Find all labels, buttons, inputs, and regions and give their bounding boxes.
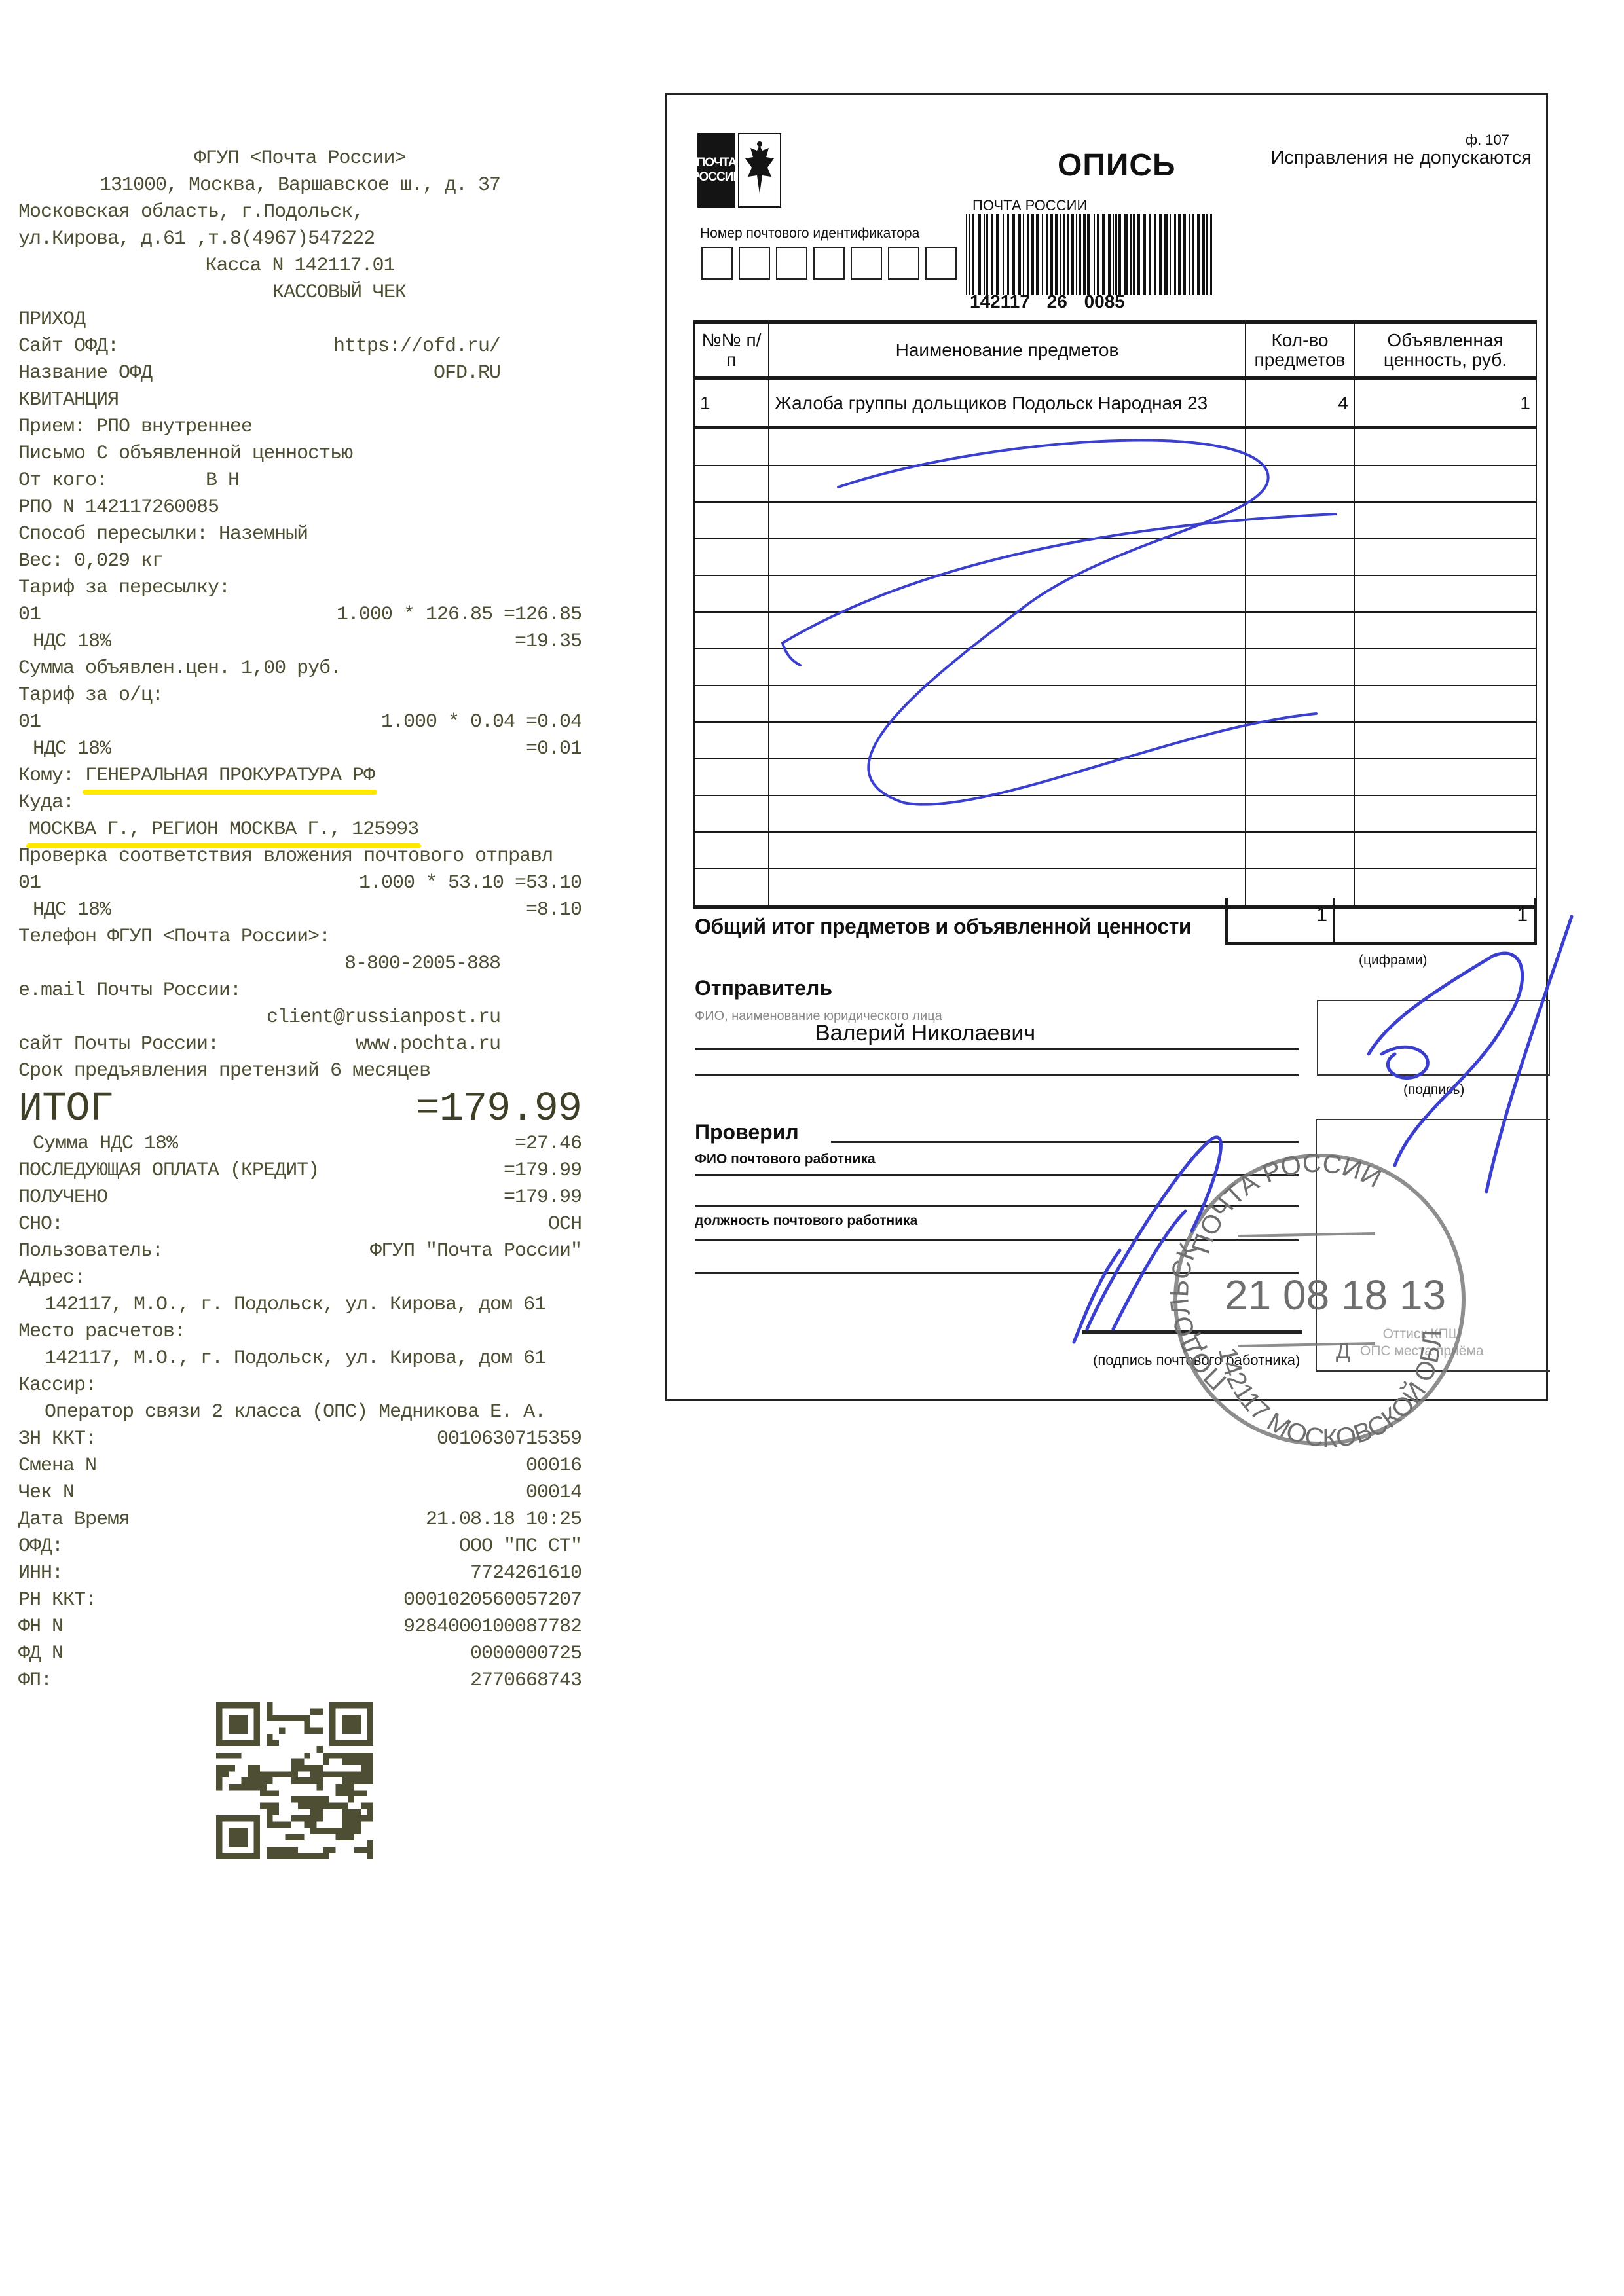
col-item-name: Наименование предметов [769, 322, 1246, 378]
phone-value: 8-800-2005-888 [18, 951, 581, 977]
fiscal-row: ФП:2770668743 [18, 1667, 581, 1694]
cash-receipt: ФГУП <Почта России> 131000, Москва, Варш… [18, 145, 581, 1694]
delivery-method: Способ пересылки: Наземный [18, 521, 581, 548]
from-label: От кого: [18, 467, 107, 494]
ofd-site-value: https://ofd.ru/ [333, 333, 581, 360]
place-value: 142117, М.О., г. Подольск, ул. Кирова, д… [18, 1345, 581, 1372]
fiscal-row: Дата Время21.08.18 10:25 [18, 1506, 581, 1533]
oc-vat-value: =0.01 [526, 736, 581, 763]
site-value: www.pochta.ru [356, 1031, 581, 1058]
oc-row: 011.000 * 0.04 =0.04 [18, 709, 581, 736]
fiscal-label: ФН N [18, 1614, 63, 1641]
checked-label: Проверил [695, 1120, 799, 1144]
tariff-vat-row: НДС 18%=19.35 [18, 629, 581, 655]
tariff-vat-value: =19.35 [515, 629, 581, 655]
table-row-empty [694, 722, 1536, 759]
fiscal-row: ОФД:ООО "ПС СТ" [18, 1533, 581, 1560]
fiscal-value: 00016 [526, 1453, 581, 1480]
worker-line-1 [695, 1174, 1299, 1176]
receipt-register: Касса N 142117.01 [18, 253, 581, 280]
logo-line-2: РОССИИ [692, 170, 741, 185]
fiscal-row: РН ККТ:0001020560057207 [18, 1587, 581, 1614]
sno-row: СНО:ОСН [18, 1211, 581, 1238]
fiscal-row: ИНН:7724261610 [18, 1560, 581, 1587]
id-digit-box [888, 247, 919, 280]
sender-line-1 [695, 1048, 1299, 1050]
oc-calc: 1.000 * 0.04 =0.04 [381, 709, 581, 736]
id-digit-box [851, 247, 882, 280]
address-value: 142117, М.О., г. Подольск, ул. Кирова, д… [18, 1292, 581, 1319]
oc-vat-label: НДС 18% [33, 736, 111, 763]
fiscal-label: ФД N [18, 1641, 63, 1667]
stamp-area-caption: Оттиск КПШОПС места приёма [1360, 1326, 1484, 1360]
total-label: Общий итог предметов и объявленной ценно… [695, 915, 1191, 939]
receipt-region: Московская область, г.Подольск, [18, 199, 581, 226]
table-row-empty [694, 575, 1536, 612]
worker-signature-caption: (подпись почтового работника) [1093, 1352, 1300, 1369]
worker-position-caption: должность почтового работника [695, 1213, 917, 1229]
fiscal-value: 2770668743 [470, 1667, 581, 1694]
fiscal-block: ЗН ККТ:0010630715359Смена N00016Чек N000… [18, 1426, 581, 1694]
worker-line-3 [695, 1239, 1299, 1241]
total-value: =179.99 [416, 1087, 581, 1131]
barcode-sticker: ПОЧТА РОССИИ 142117 26 0085 [961, 193, 1262, 315]
pochta-logo: ПОЧТА РОССИИ [697, 133, 783, 208]
logo-line-1: ПОЧТА [697, 156, 737, 170]
item-declared-value: 1 [1354, 378, 1536, 428]
ofd-name-label: Название ОФД [18, 360, 152, 387]
id-digit-box [813, 247, 845, 280]
postal-id-label: Номер почтового идентификатора [700, 226, 919, 242]
fiscal-label: Чек N [18, 1480, 74, 1506]
fiscal-value: 7724261610 [470, 1560, 581, 1587]
tariff-row: 011.000 * 126.85 =126.85 [18, 602, 581, 629]
user-value: ФГУП "Почта России" [370, 1238, 581, 1265]
signature-caption: (подпись) [1403, 1082, 1464, 1098]
col-quantity: Кол-во предметов [1246, 322, 1354, 378]
table-row-empty [694, 428, 1536, 466]
oc-code: 01 [18, 709, 41, 736]
total-label: ИТОГ [18, 1087, 113, 1131]
fiscal-row: ФД N0000000725 [18, 1641, 581, 1667]
fiscal-value: 9284000100087782 [403, 1614, 581, 1641]
sender-signature-box [1317, 1000, 1550, 1076]
total-declared-value: 1 [1335, 898, 1534, 942]
credit-label: ПОСЛЕДУЮЩАЯ ОПЛАТА (КРЕДИТ) [18, 1157, 319, 1184]
sender-line-2 [695, 1074, 1299, 1076]
rpo-number: РПО N 142117260085 [18, 494, 581, 521]
receipt-title: КАССОВЫЙ ЧЕК [18, 280, 581, 306]
check-calc: 1.000 * 53.10 =53.10 [359, 870, 581, 897]
credit-row: ПОСЛЕДУЮЩАЯ ОПЛАТА (КРЕДИТ)=179.99 [18, 1157, 581, 1184]
postal-id-boxes [701, 247, 963, 280]
received-row: ПОЛУЧЕНО=179.99 [18, 1184, 581, 1211]
total-quantity: 1 [1228, 898, 1335, 942]
fiscal-label: Дата Время [18, 1506, 130, 1533]
fiscal-value: 00014 [526, 1480, 581, 1506]
fiscal-value: 0010630715359 [437, 1426, 581, 1453]
sender-label: Отправитель [695, 976, 832, 1000]
table-row-empty [694, 832, 1536, 869]
table-row-empty [694, 759, 1536, 795]
ofd-name-row: Название ОФДOFD.RU [18, 360, 581, 387]
digits-caption: (цифрами) [1359, 953, 1428, 968]
receipt-org: ФГУП <Почта России> [18, 145, 581, 172]
ofd-site-row: Сайт ОФД:https://ofd.ru/ [18, 333, 581, 360]
vat-sum-label: Сумма НДС 18% [33, 1131, 177, 1157]
table-header: №№ п/п Наименование предметов Кол-во пре… [694, 322, 1536, 378]
fiscal-value: 0001020560057207 [403, 1587, 581, 1614]
user-row: Пользователь:ФГУП "Почта России" [18, 1238, 581, 1265]
address-label: Адрес: [18, 1265, 581, 1292]
table-row-empty [694, 649, 1536, 685]
receipt-address: 131000, Москва, Варшавское ш., д. 37 [18, 172, 581, 199]
cashier-value: Оператор связи 2 класса (ОПС) Медникова … [18, 1399, 581, 1426]
phone-number: 8-800-2005-888 [344, 951, 500, 977]
id-digit-box [739, 247, 770, 280]
table-row-empty [694, 539, 1536, 575]
ofd-name-value: OFD.RU [434, 360, 581, 387]
checked-line [831, 1141, 1299, 1143]
ofd-site-label: Сайт ОФД: [18, 333, 119, 360]
barcode-number: 142117 26 0085 [970, 291, 1125, 312]
table-row-empty [694, 795, 1536, 832]
email-label: e.mail Почты России: [18, 977, 581, 1004]
tariff-vat-label: НДС 18% [33, 629, 111, 655]
receipt-doc-type: КВИТАНЦИЯ [18, 387, 581, 414]
from-value: В Н [107, 467, 239, 494]
fiscal-row: ЗН ККТ:0010630715359 [18, 1426, 581, 1453]
barcode-icon [966, 214, 1215, 295]
to-row: Кому: ГЕНЕРАЛЬНАЯ ПРОКУРАТУРА РФ [18, 763, 581, 790]
place-label: Место расчетов: [18, 1319, 581, 1345]
receipt-item-type: Письмо С объявленной ценностью [18, 441, 581, 467]
id-digit-box [776, 247, 807, 280]
check-row: 011.000 * 53.10 =53.10 [18, 870, 581, 897]
no-corrections-note: Исправления не допускаются [1271, 147, 1532, 169]
col-number: №№ п/п [694, 322, 769, 378]
check-vat-value: =8.10 [526, 897, 581, 924]
oc-vat-row: НДС 18%=0.01 [18, 736, 581, 763]
receipt-operation: ПРИХОД [18, 306, 581, 333]
sticker-title: ПОЧТА РОССИИ [972, 197, 1087, 214]
declared-sum: Сумма объявлен.цен. 1,00 руб. [18, 655, 581, 682]
inventory-form-107: ПОЧТА РОССИИ ОПИСЬ ф. 107 Исправления не… [665, 93, 1548, 1401]
inventory-table: №№ п/п Наименование предметов Кол-во пре… [693, 320, 1537, 909]
to-label: Кому: [18, 763, 74, 790]
fiscal-row: Смена N00016 [18, 1453, 581, 1480]
oc-tariff-label: Тариф за о/ц: [18, 682, 581, 709]
eagle-emblem-icon [738, 133, 781, 208]
worker-signature-line [1082, 1330, 1302, 1334]
logo-wordmark: ПОЧТА РОССИИ [697, 133, 735, 208]
fiscal-label: ОФД: [18, 1533, 63, 1560]
worker-line-4 [695, 1272, 1299, 1274]
tariff-label: Тариф за пересылку: [18, 575, 581, 602]
worker-line-2 [695, 1205, 1299, 1207]
total-row: ИТОГ=179.99 [18, 1085, 581, 1131]
vat-sum-row: Сумма НДС 18%=27.46 [18, 1131, 581, 1157]
fiscal-value: ООО "ПС СТ" [459, 1533, 581, 1560]
id-digit-box [701, 247, 733, 280]
tariff-code: 01 [18, 602, 41, 629]
fiscal-label: ФП: [18, 1667, 52, 1694]
site-row: сайт Почты России:www.pochta.ru [18, 1031, 581, 1058]
total-box: 1 1 [1225, 898, 1537, 945]
from-row: От кого:В Н [18, 467, 581, 494]
phone-label: Телефон ФГУП <Почта России>: [18, 924, 581, 951]
qr-code [216, 1702, 373, 1859]
fiscal-label: ЗН ККТ: [18, 1426, 96, 1453]
check-vat-label: НДС 18% [33, 897, 111, 924]
col-declared-value: Объявленная ценность, руб. [1354, 322, 1536, 378]
fiscal-label: РН ККТ: [18, 1587, 96, 1614]
item-number: 1 [694, 378, 769, 428]
kpsh-caption-1: Оттиск КПШ [1360, 1326, 1484, 1343]
check-vat-row: НДС 18%=8.10 [18, 897, 581, 924]
table-row: 1Жалоба группы дольщиков Подольск Народн… [694, 378, 1536, 428]
received-label: ПОЛУЧЕНО [18, 1184, 107, 1211]
fiscal-value: 21.08.18 10:25 [426, 1506, 581, 1533]
weight: Вес: 0,029 кг [18, 548, 581, 575]
fiscal-row: Чек N00014 [18, 1480, 581, 1506]
table-row-empty [694, 612, 1536, 649]
kpsh-caption-2: ОПС места приёма [1360, 1343, 1484, 1360]
vat-sum-value: =27.46 [515, 1131, 581, 1157]
user-label: Пользователь: [18, 1238, 163, 1265]
item-name: Жалоба группы дольщиков Подольск Народна… [769, 378, 1246, 428]
email-address: client@russianpost.ru [267, 1004, 500, 1031]
receipt-street: ул.Кирова, д.61 ,т.8(4967)547222 [18, 226, 581, 253]
where-row: МОСКВА Г., РЕГИОН МОСКВА Г., 125993 [18, 816, 581, 843]
table-row-empty [694, 685, 1536, 722]
claims-period: Срок предъявления претензий 6 месяцев [18, 1058, 581, 1085]
fiscal-value: 0000000725 [470, 1641, 581, 1667]
sender-name: Валерий Николаевич [815, 1021, 1035, 1046]
to-value-highlighted: ГЕНЕРАЛЬНАЯ ПРОКУРАТУРА РФ [85, 763, 375, 790]
document-title: ОПИСЬ [1058, 147, 1176, 183]
worker-fio-caption: ФИО почтового работника [695, 1152, 876, 1167]
cashier-label: Кассир: [18, 1372, 581, 1399]
fiscal-row: ФН N9284000100087782 [18, 1614, 581, 1641]
id-digit-box [925, 247, 957, 280]
credit-value: =179.99 [504, 1157, 581, 1184]
sno-value: ОСН [548, 1211, 581, 1238]
fiscal-label: Смена N [18, 1453, 96, 1480]
received-value: =179.99 [504, 1184, 581, 1211]
site-label: сайт Почты России: [18, 1031, 219, 1058]
check-code: 01 [18, 870, 41, 897]
receipt-reception: Прием: РПО внутреннее [18, 414, 581, 441]
email-value: client@russianpost.ru [18, 1004, 581, 1031]
form-number: ф. 107 [1466, 132, 1509, 149]
sno-label: СНО: [18, 1211, 63, 1238]
item-quantity: 4 [1246, 378, 1354, 428]
table-row-empty [694, 465, 1536, 502]
table-row-empty [694, 502, 1536, 539]
fiscal-label: ИНН: [18, 1560, 63, 1587]
tariff-calc: 1.000 * 126.85 =126.85 [337, 602, 581, 629]
where-value-highlighted: МОСКВА Г., РЕГИОН МОСКВА Г., 125993 [29, 816, 418, 843]
